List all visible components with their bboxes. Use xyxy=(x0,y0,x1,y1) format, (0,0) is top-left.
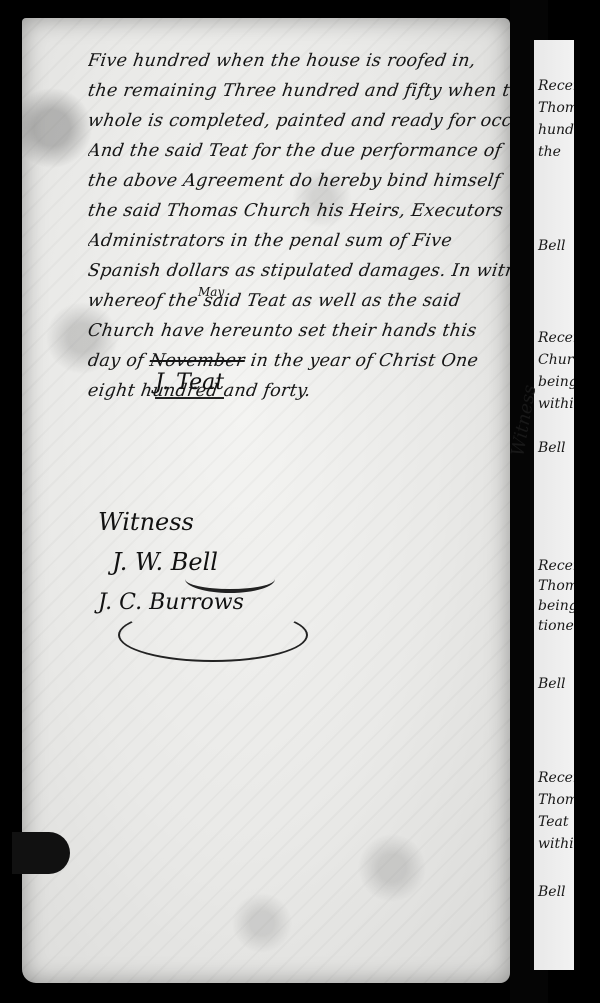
text-line-with-correction: day of November in the year of Christ On… xyxy=(88,346,518,376)
fragment-text: Recei xyxy=(538,78,576,94)
fragment-text: Recei xyxy=(538,770,576,786)
fragment-text: being xyxy=(538,598,576,614)
fragment-text: within xyxy=(538,836,576,852)
text-line: Spanish dollars as stipulated damages. I… xyxy=(88,256,518,286)
witness-label: Witness xyxy=(98,508,194,536)
signature-teat: J. Teat xyxy=(155,370,224,399)
text-line: And the said Teat for the due performanc… xyxy=(88,136,518,166)
fragment-text: the xyxy=(538,144,561,160)
adjacent-page-text: Recei Thoma hund the Bell Recei Church b… xyxy=(536,0,576,1003)
fragment-text: Bell xyxy=(538,884,566,900)
fragment-text: Bell xyxy=(538,440,566,456)
fragment-text: Recei xyxy=(538,330,576,346)
text-line: the above Agreement do hereby bind himse… xyxy=(88,166,518,196)
text-line: the remaining Three hundred and fifty wh… xyxy=(88,76,518,106)
fragment-text: Bell xyxy=(538,238,566,254)
struck-word: November xyxy=(148,351,246,371)
text-line: whereof the said Teat as well as the sai… xyxy=(88,286,518,316)
fragment-text: Thoma xyxy=(538,578,576,594)
text-line: eight hundred and forty. xyxy=(88,376,518,406)
fragment-text: Bell xyxy=(538,676,566,692)
text-line: Administrators in the penal sum of Five xyxy=(88,226,518,256)
fragment-text: Teat xyxy=(538,814,569,830)
fragment-text: tioned xyxy=(538,618,576,634)
fragment-text: being xyxy=(538,374,576,390)
fragment-text: Church xyxy=(538,352,576,368)
fragment-text: hund xyxy=(538,122,574,138)
scan-right-border xyxy=(574,0,600,1003)
text-line: the said Thomas Church his Heirs, Execut… xyxy=(88,196,518,226)
inserted-correction: May xyxy=(198,285,224,299)
fragment-text: Thoma xyxy=(538,792,576,808)
signature-flourish xyxy=(185,565,275,593)
signature-flourish xyxy=(118,608,308,662)
fragment-text: within xyxy=(538,396,576,412)
manuscript-body: Five hundred when the house is roofed in… xyxy=(88,46,518,406)
thumb-shadow xyxy=(12,832,70,874)
fragment-text: Recei xyxy=(538,558,576,574)
text-line: whole is completed, painted and ready fo… xyxy=(88,106,518,136)
fragment-text: Thoma xyxy=(538,100,576,116)
text-line: Church have hereunto set their hands thi… xyxy=(88,316,518,346)
text-line: Five hundred when the house is roofed in… xyxy=(88,46,518,76)
